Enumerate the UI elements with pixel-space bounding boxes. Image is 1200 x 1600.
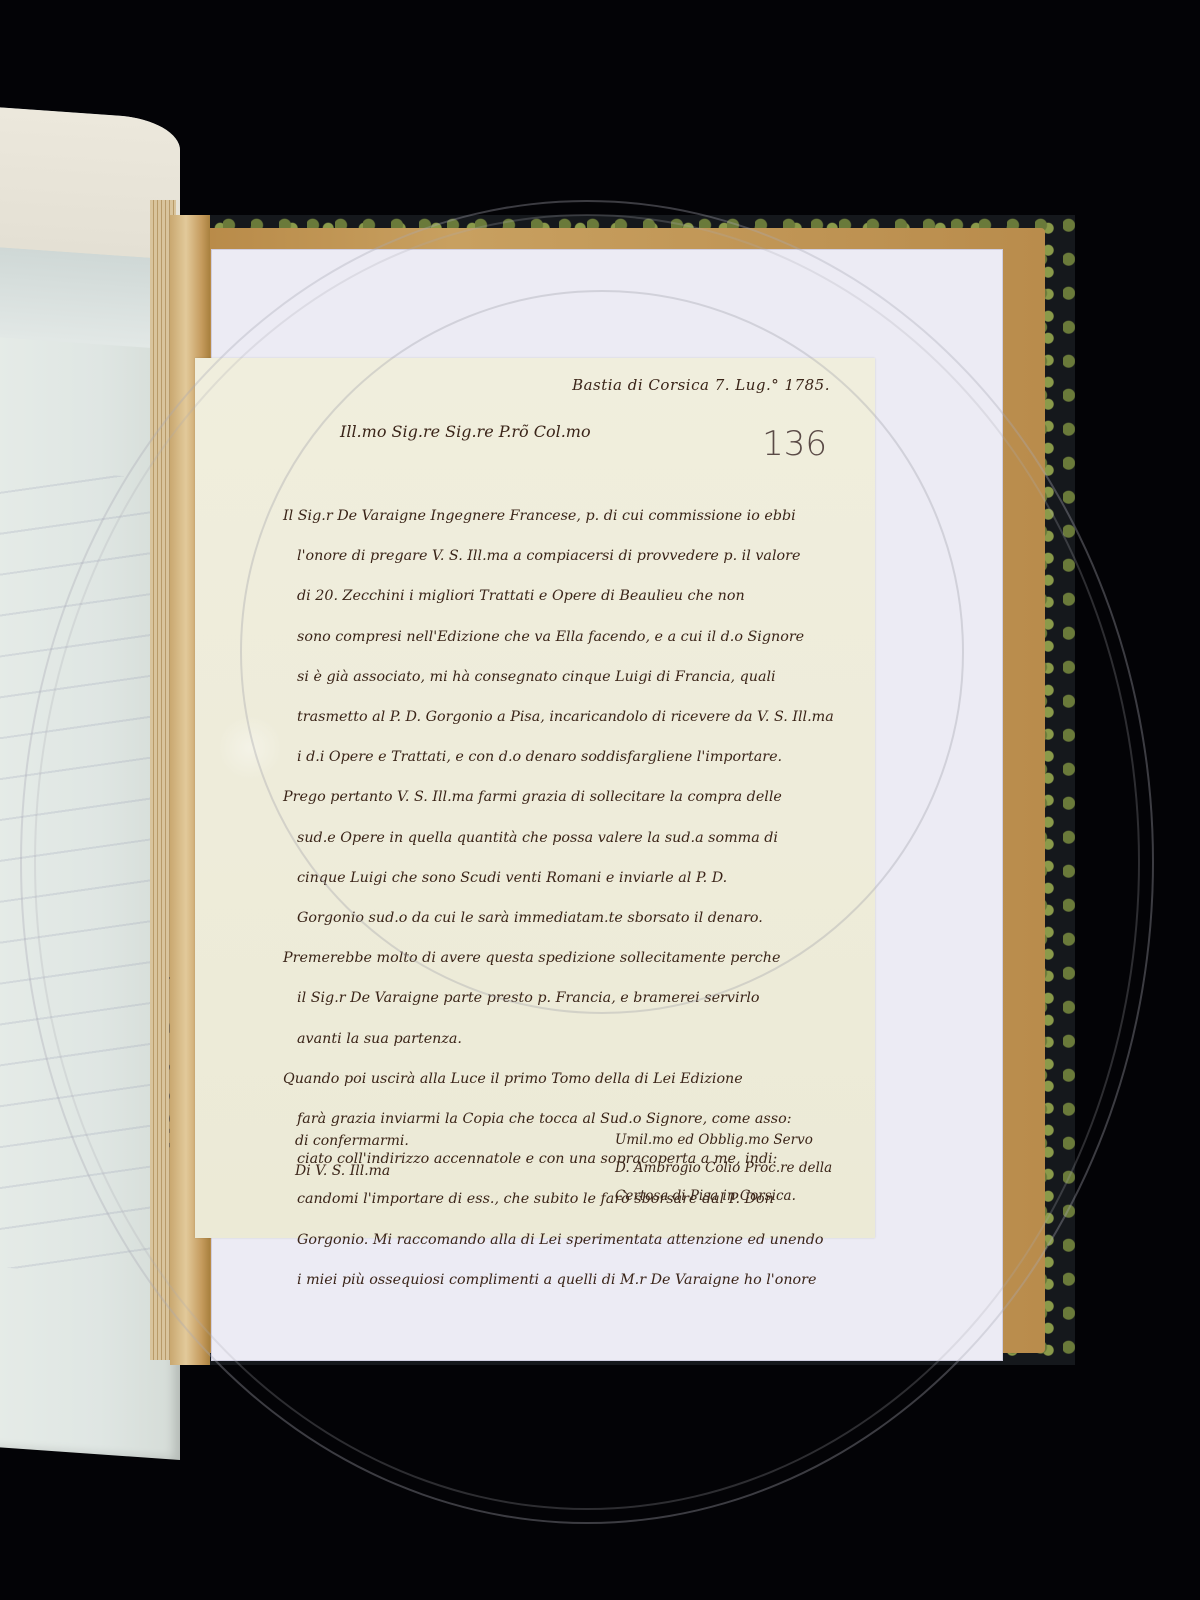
signature-block: Umil.mo ed Obblig.mo Servo D. Ambrogio C… <box>615 1126 832 1210</box>
letter-line: cinque Luigi che sono Scudi venti Romani… <box>283 858 855 898</box>
bleed-through-handwriting <box>0 467 160 1279</box>
seal-stain <box>220 713 280 783</box>
letter-line: avanti la sua partenza. <box>283 1019 855 1059</box>
manuscript-letter: Bastia di Corsica 7. Lug.° 1785. 136 Ill… <box>195 358 875 1238</box>
letter-line: i d.i Opere e Trattati, e con d.o denaro… <box>283 737 855 777</box>
letter-line: Prego pertanto V. S. Ill.ma farmi grazia… <box>283 777 855 817</box>
letter-salutation: Ill.mo Sig.re Sig.re P.rõ Col.mo <box>340 422 591 441</box>
letter-line: trasmetto al P. D. Gorgonio a Pisa, inca… <box>283 697 855 737</box>
letter-line: si è già associato, mi hà consegnato cin… <box>283 657 855 697</box>
closing-line: Di V. S. Ill.ma <box>295 1156 409 1186</box>
letter-dateline: Bastia di Corsica 7. Lug.° 1785. <box>572 376 830 394</box>
letter-line: di 20. Zecchini i migliori Trattati e Op… <box>283 576 855 616</box>
letter-line: i miei più ossequiosi complimenti a quel… <box>283 1260 855 1300</box>
signature-line: Umil.mo ed Obblig.mo Servo <box>615 1126 832 1154</box>
signature-line: D. Ambrogio Colio Proc.re della <box>615 1154 832 1182</box>
letter-line: il Sig.r De Varaigne parte presto p. Fra… <box>283 978 855 1018</box>
signature-line: Certosa di Pisa in Corsica. <box>615 1182 832 1210</box>
closing-line: di confermarmi. <box>295 1126 409 1156</box>
letter-line: Gorgonio. Mi raccomando alla di Lei sper… <box>283 1220 855 1260</box>
closing-left: di confermarmi. Di V. S. Ill.ma <box>295 1126 409 1186</box>
letter-line: sud.e Opere in quella quantità che possa… <box>283 818 855 858</box>
archive-folio-number: 136 <box>762 424 827 464</box>
letter-line: Gorgonio sud.o da cui le sarà immediatam… <box>283 898 855 938</box>
letter-line: Quando poi uscirà alla Luce il primo Tom… <box>283 1059 855 1099</box>
letter-line: l'onore di pregare V. S. Ill.ma a compia… <box>283 536 855 576</box>
letter-line: Il Sig.r De Varaigne Ingegnere Francese,… <box>283 496 855 536</box>
photo-scene: MS 2v8 · Bastia Bastia di Corsica 7. Lug… <box>0 0 1200 1600</box>
letter-line: Premerebbe molto di avere questa spedizi… <box>283 938 855 978</box>
letter-line: sono compresi nell'Edizione che va Ella … <box>283 617 855 657</box>
